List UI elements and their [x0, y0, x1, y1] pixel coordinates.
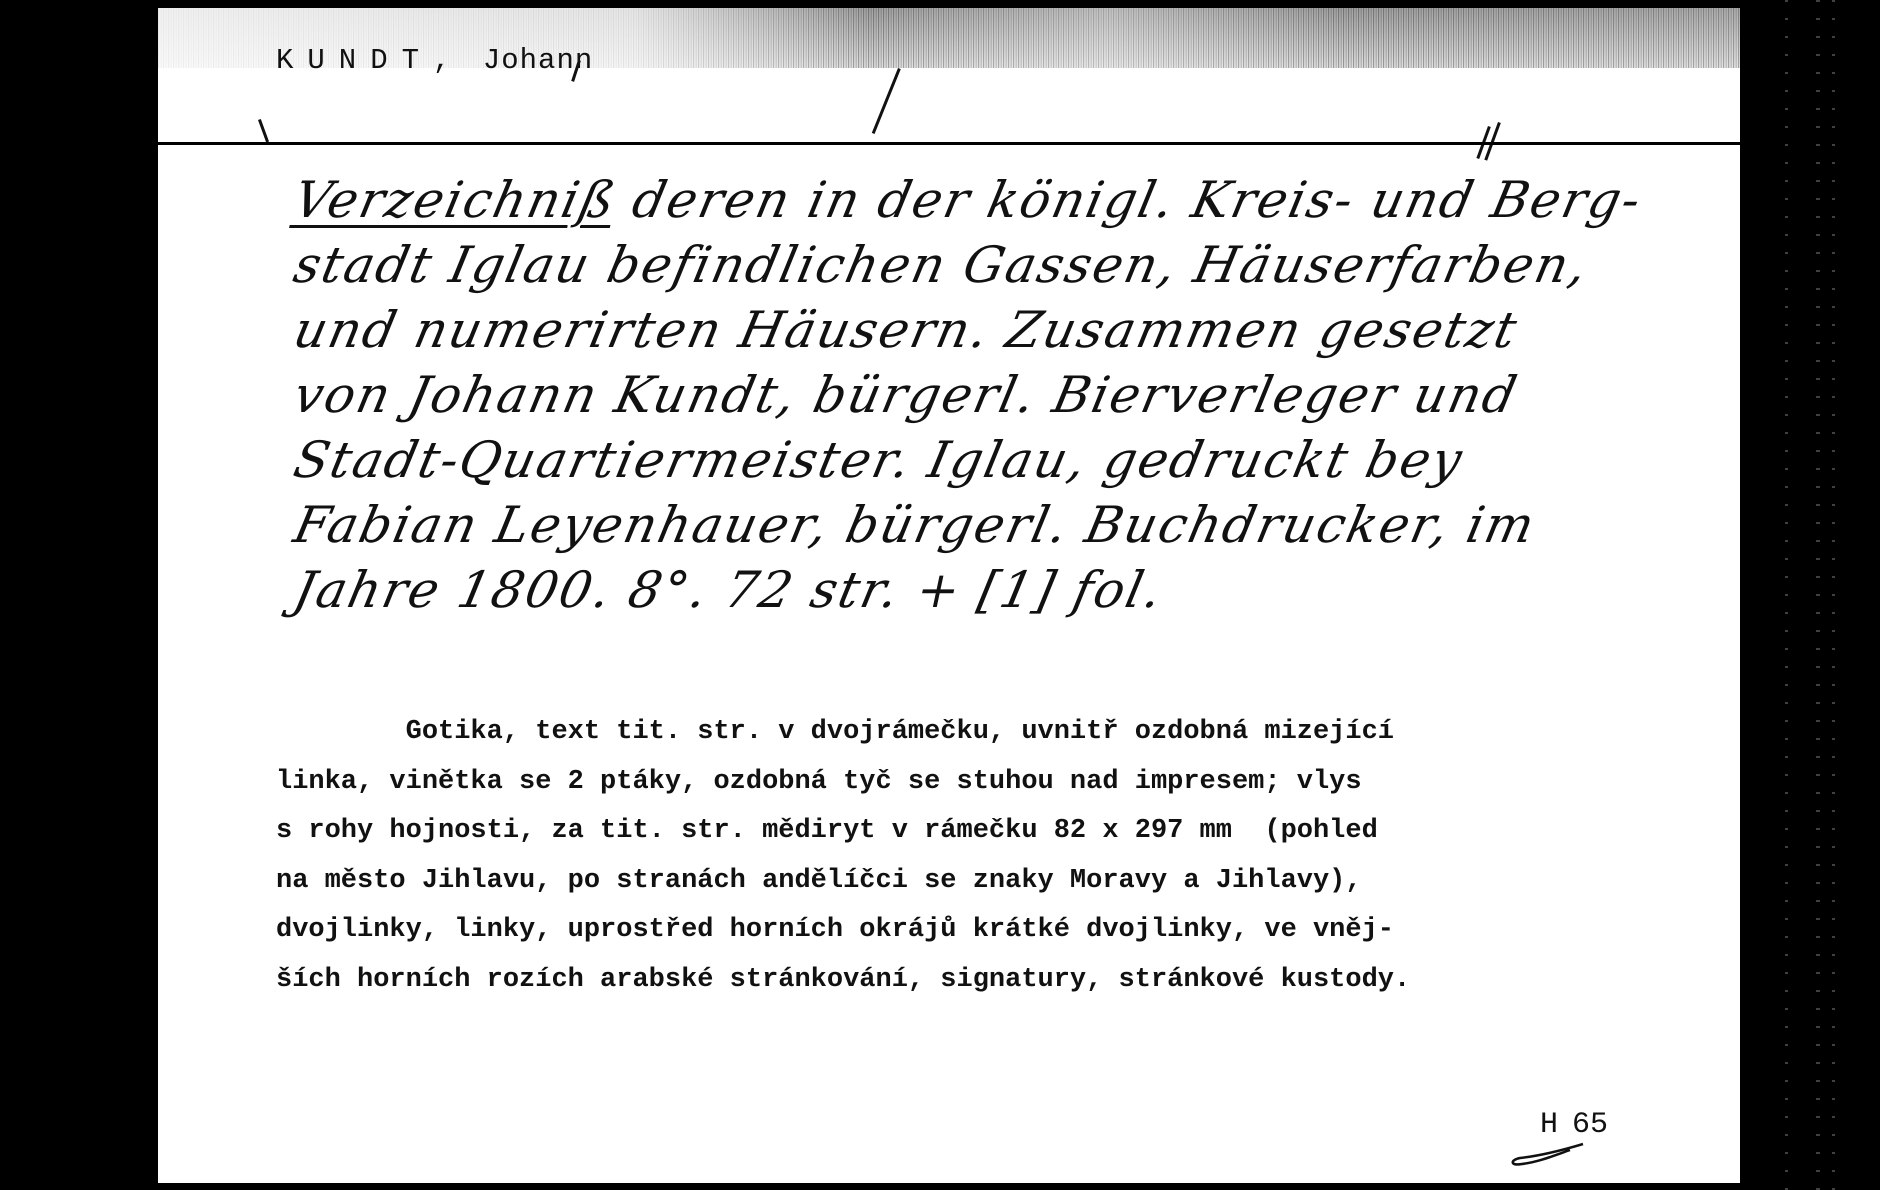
shelf-mark-number: 65 — [1572, 1108, 1608, 1142]
card-heading: KUNDT, Johann — [276, 44, 593, 77]
author-surname: KUNDT, — [276, 44, 464, 77]
shelf-mark-letter: H — [1540, 1108, 1558, 1142]
typed-line: Gotika, text tit. str. v dvojrámečku, uv… — [276, 708, 1716, 758]
typed-line: dvojlinky, linky, uprostřed horních okrá… — [276, 906, 1716, 956]
handwritten-title: Verzeichniß deren in der königl. Kreis- … — [288, 168, 1708, 623]
typed-line: na město Jihlavu, po stranách andělíčci … — [276, 857, 1716, 907]
typed-line: s rohy hojnosti, za tit. str. mědiryt v … — [276, 807, 1716, 857]
pen-mark — [258, 119, 269, 143]
handwritten-line: Verzeichniß deren in der königl. Kreis- … — [288, 168, 1722, 233]
typed-description: Gotika, text tit. str. v dvojrámečku, uv… — [276, 708, 1716, 1005]
handwritten-underlined-word: Verzeichniß — [289, 171, 622, 229]
pen-mark — [872, 68, 901, 134]
catalog-card: KUNDT, Johann Verzeichniß deren in der k… — [158, 8, 1740, 1183]
scanner-edge-artifact — [1740, 0, 1880, 1190]
pen-flourish-icon — [1508, 1138, 1588, 1168]
handwritten-line: von Johann Kundt, bürgerl. Bierverleger … — [288, 363, 1722, 428]
handwritten-line: Fabian Leyenhauer, bürgerl. Buchdrucker,… — [288, 493, 1722, 558]
handwritten-line: Stadt-Quartiermeister. Iglau, gedruckt b… — [288, 428, 1722, 493]
shelf-mark: H65 — [1540, 1108, 1608, 1142]
handwritten-line: Jahre 1800. 8°. 72 str. + [1] fol. — [288, 558, 1722, 623]
handwritten-line: stadt Iglau befindlichen Gassen, Häuserf… — [288, 233, 1722, 298]
typed-line: ších horních rozích arabské stránkování,… — [276, 956, 1716, 1006]
typed-line: linka, vinětka se 2 ptáky, ozdobná tyč s… — [276, 758, 1716, 808]
handwritten-line: und numerirten Häusern. Zusammen gesetzt — [288, 298, 1722, 363]
header-divider — [158, 142, 1740, 145]
